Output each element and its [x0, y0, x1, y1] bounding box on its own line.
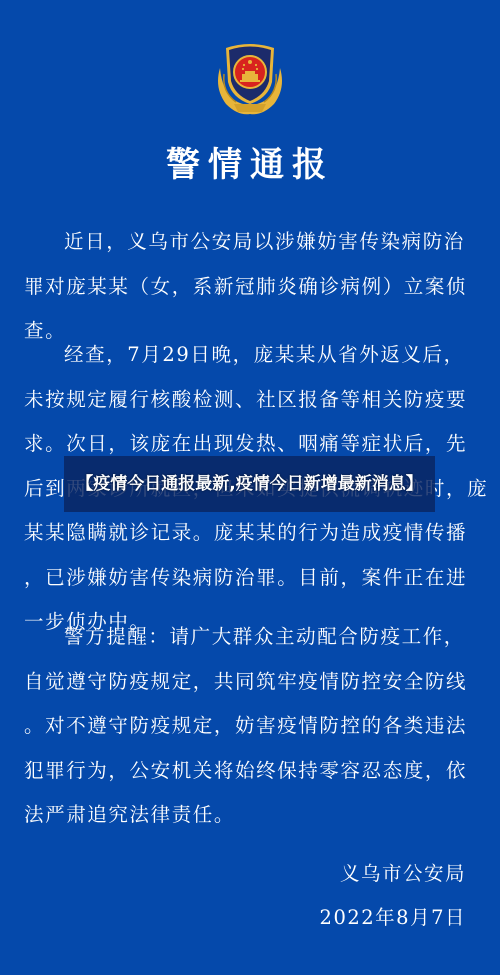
police-emblem-icon: [212, 38, 288, 118]
caption-overlay: 【疫情今日通报最新,疫情今日新增最新消息】: [64, 456, 435, 512]
paragraph-line: 罪对庞某某（女，系新冠肺炎确诊病例）立案侦: [24, 265, 476, 310]
paragraph-line: ，已涉嫌妨害传染病防治罪。目前，案件正在进: [24, 556, 476, 601]
paragraph-line: 某某隐瞒就诊记录。庞某某的行为造成疫情传播: [24, 511, 476, 556]
paragraph-line: 自觉遵守防疫规定，共同筑牢疫情防控安全防线: [24, 660, 476, 705]
paragraph-line: 经查，7月29日晚，庞某某从省外返义后，: [24, 333, 476, 378]
signature-date: 2022年8月7日: [286, 896, 466, 940]
caption-text: 【疫情今日通报最新,疫情今日新增最新消息】: [64, 472, 434, 496]
paragraph-line: 法严肃追究法律责任。: [24, 793, 476, 838]
paragraph-line: 近日，义乌市公安局以涉嫌妨害传染病防治: [24, 220, 476, 265]
paragraph-line: 警方提醒：请广大群众主动配合防疫工作，: [24, 615, 476, 660]
paragraph-police-reminder: 警方提醒：请广大群众主动配合防疫工作， 自觉遵守防疫规定，共同筑牢疫情防控安全防…: [24, 615, 476, 838]
paragraph-line: 未按规定履行核酸检测、社区报备等相关防疫要: [24, 378, 476, 423]
paragraph-line: 犯罪行为，公安机关将始终保持零容忍态度，依: [24, 749, 476, 794]
paragraph-line: 。对不遵守防疫规定，妨害疫情防控的各类违法: [24, 704, 476, 749]
signature-organization: 义乌市公安局: [286, 852, 466, 896]
notice-title: 警情通报: [0, 140, 500, 190]
